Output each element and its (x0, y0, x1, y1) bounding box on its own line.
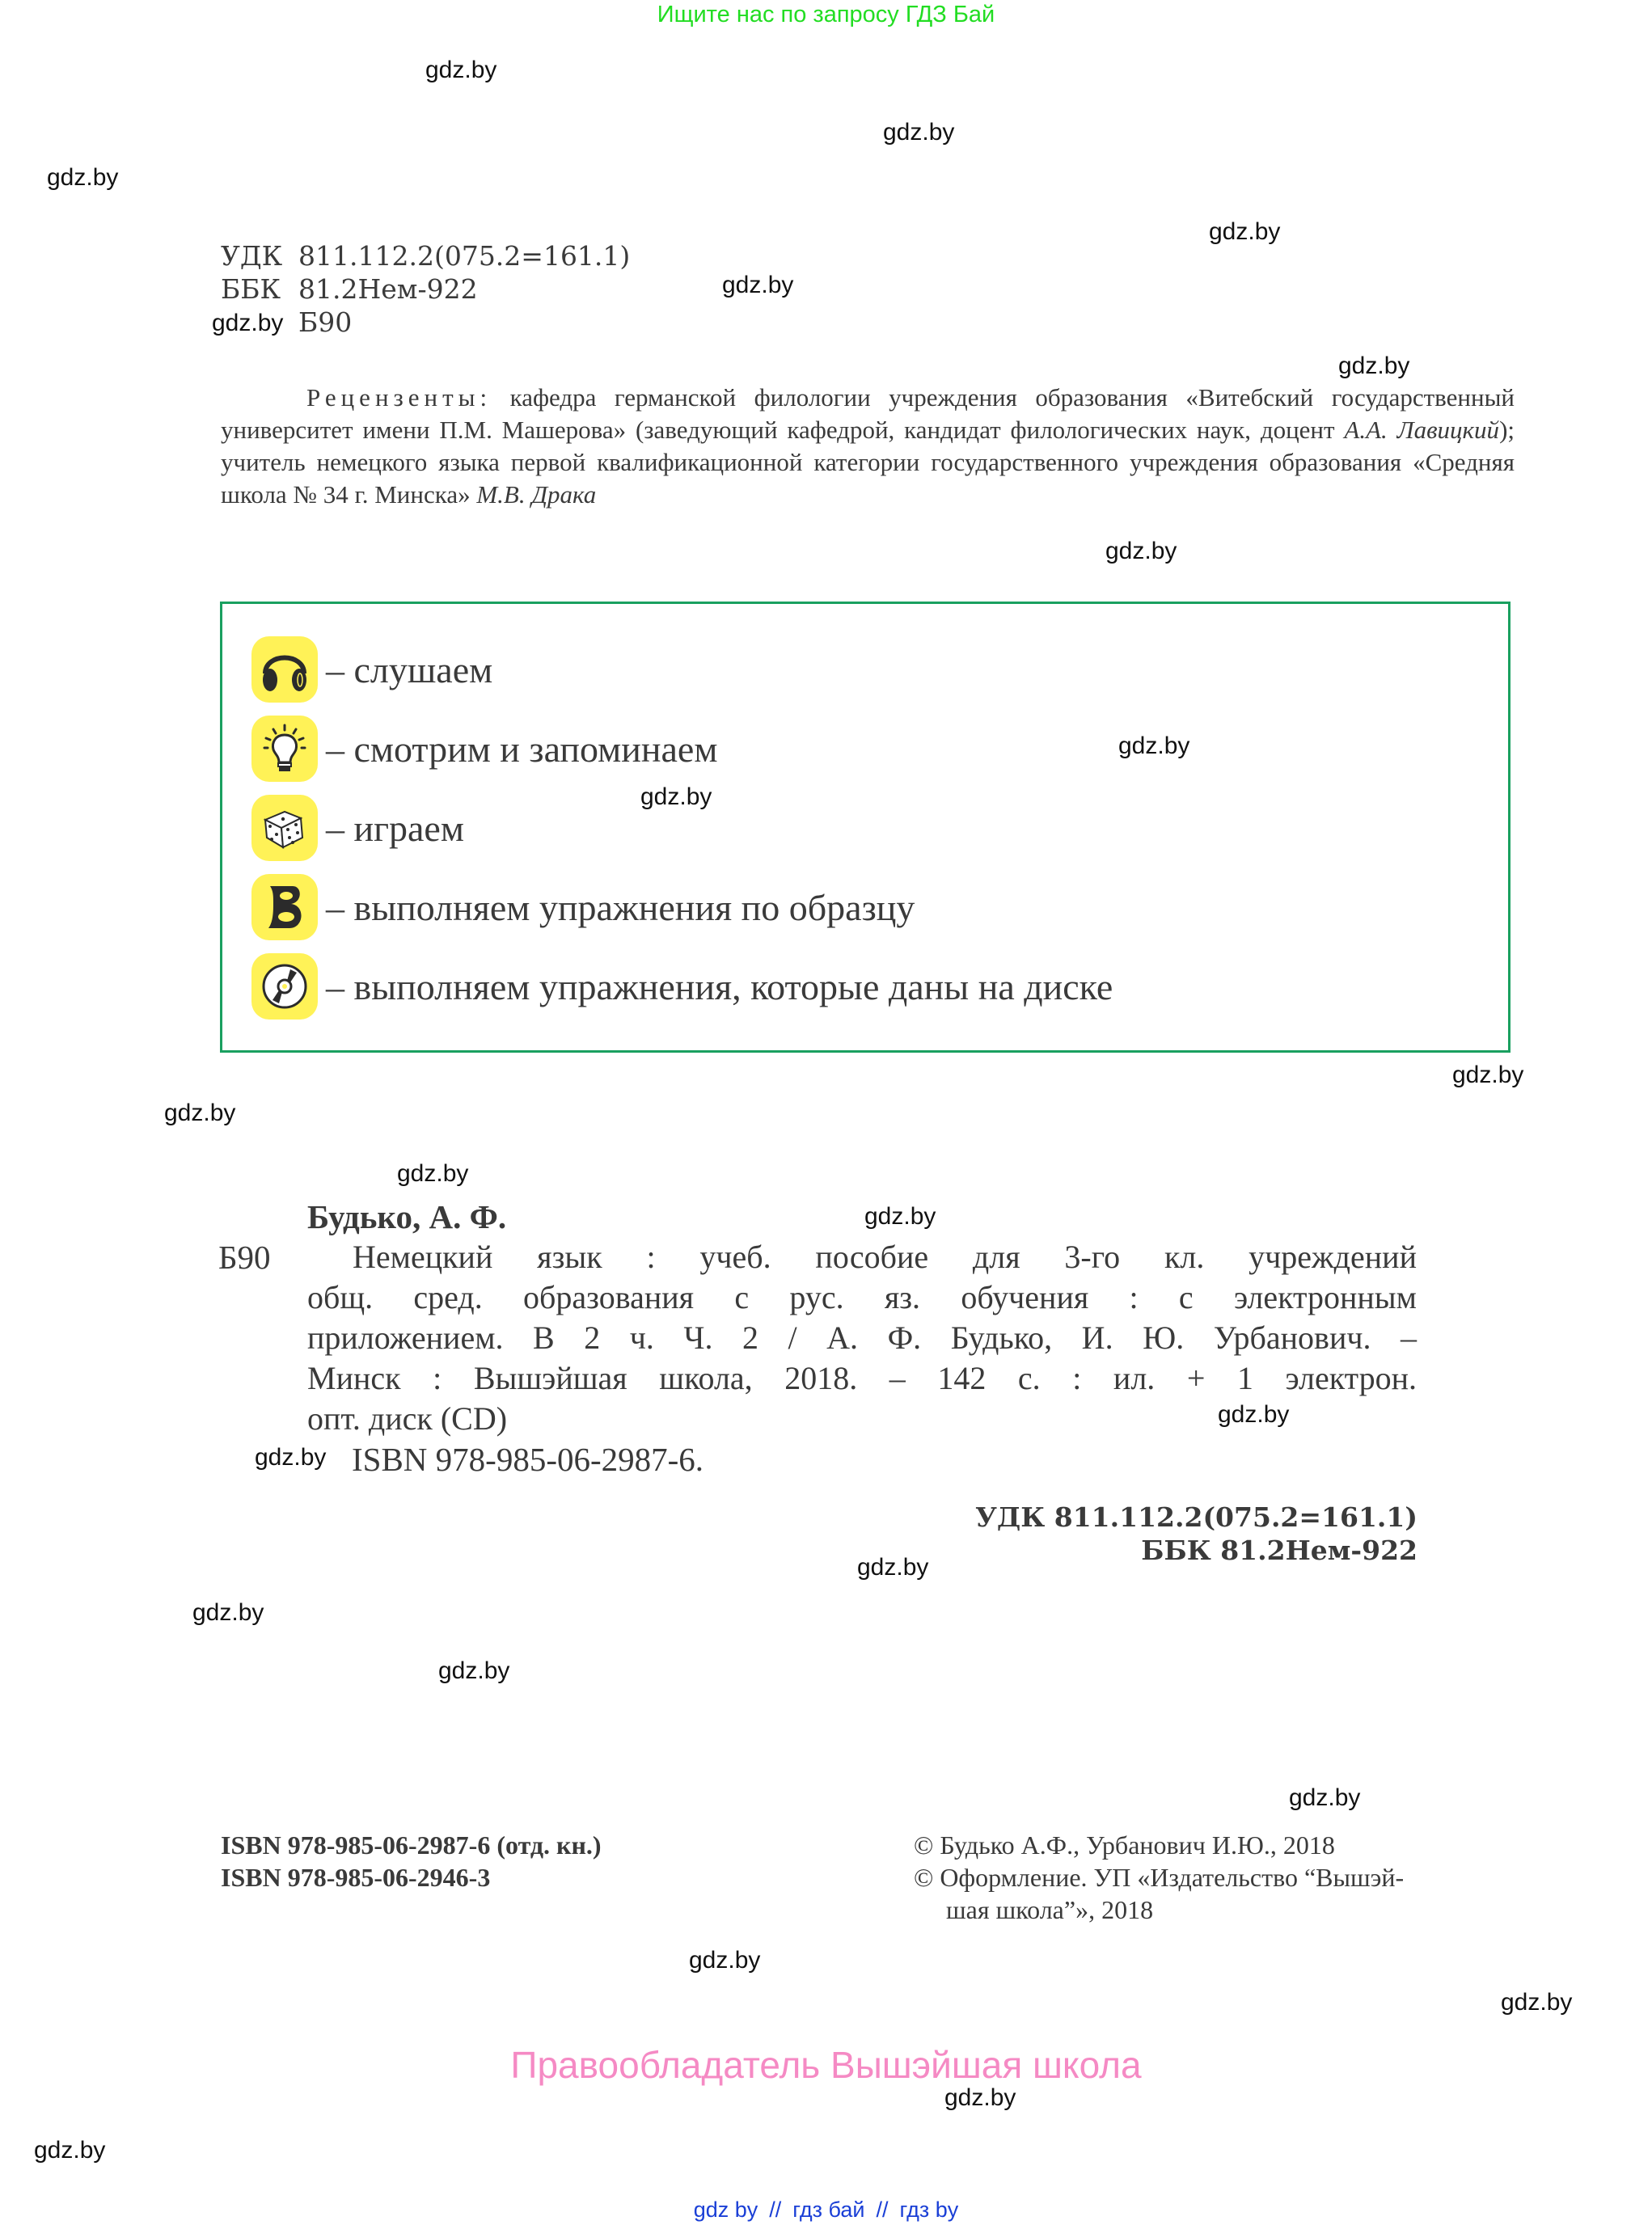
footer-link-gdz-bai[interactable]: гдз бай (792, 2198, 864, 2222)
legend-label: – выполняем упражнения по образцу (326, 886, 915, 929)
bib-line: Немецкий язык : учеб. пособие для 3-го к… (307, 1237, 1417, 1277)
icon-legend-box: – слушаем – смотрим и запоминаем (220, 602, 1510, 1053)
legend-label: – слушаем (326, 648, 492, 691)
watermark: gdz.by (47, 166, 118, 190)
copyright-authors: © Будько А.Ф., Урбанович И.Ю., 2018 (914, 1829, 1512, 1861)
copyright-design: © Оформление. УП «Издательство “Вышэй- (914, 1861, 1512, 1894)
rights-holder: Правообладатель Вышэйшая школа (0, 2043, 1652, 2087)
footer-links: gdz by//гдз бай//гдз by (0, 2198, 1652, 2223)
udk-label: УДК (221, 239, 298, 272)
bib-description: Немецкий язык : учеб. пособие для 3-го к… (307, 1237, 1417, 1439)
watermark: gdz.by (883, 120, 954, 145)
classification-codes-top: УДК811.112.2(075.2=161.1) ББК81.2Нем-922… (221, 239, 630, 339)
watermark: gdz.by (857, 1556, 928, 1580)
bib-author-mark: Б90 (218, 1237, 271, 1277)
legend-label: – смотрим и запоминаем (326, 728, 717, 771)
reviewer-name: А.А. Лавицкий (1344, 416, 1499, 444)
lightbulb-icon (251, 716, 318, 782)
watermark: gdz.by (1501, 1991, 1572, 2015)
watermark: gdz.by (192, 1601, 264, 1625)
watermark: gdz.by (689, 1948, 760, 1973)
dice-icon (251, 795, 318, 861)
legend-label: – играем (326, 807, 464, 850)
bbk-code: ББК 81.2Нем-922 (975, 1534, 1418, 1567)
bib-line: Минск : Вышэйшая школа, 2018. – 142 с. :… (307, 1358, 1417, 1399)
legend-item-disc: – выполняем упражнения, которые даны на … (251, 953, 1113, 1020)
footer-link-gdz-by-cyr[interactable]: гдз by (900, 2198, 959, 2222)
watermark: gdz.by (255, 1446, 326, 1470)
reviewers-label: Рецензенты: (306, 383, 492, 412)
bib-line: опт. диск (CD) (307, 1399, 1417, 1439)
bib-author: Будько, А. Ф. (307, 1197, 506, 1237)
isbn-block: ISBN 978-985-06-2987-6 (отд. кн.) ISBN 9… (221, 1829, 602, 1894)
bbk-value: 81.2Нем-922 (298, 272, 478, 306)
udk-value: 811.112.2(075.2=161.1) (298, 239, 630, 272)
legend-item-watch: – смотрим и запоминаем (251, 716, 717, 782)
isbn-set: ISBN 978-985-06-2946-3 (221, 1861, 602, 1894)
disc-icon (251, 953, 318, 1020)
copyright-design-cont: шая школа”», 2018 (914, 1894, 1512, 1926)
watermark: gdz.by (425, 58, 496, 82)
watermark: gdz.by (438, 1659, 509, 1683)
search-banner: Ищите нас по запросу ГДЗ Бай (0, 2, 1652, 28)
watermark: gdz.by (1105, 539, 1177, 564)
classification-codes-bottom: УДК 811.112.2(075.2=161.1) ББК 81.2Нем-9… (975, 1501, 1418, 1567)
legend-item-play: – играем (251, 795, 464, 861)
bib-isbn: ISBN 978-985-06-2987-6. (352, 1439, 703, 1480)
headphones-icon (251, 636, 318, 703)
author-mark: Б90 (298, 306, 352, 339)
watermark: gdz.by (722, 273, 793, 298)
legend-label: – выполняем упражнения, которые даны на … (326, 965, 1113, 1008)
link-separator: // (769, 2198, 781, 2222)
watermark: gdz.by (1338, 354, 1409, 378)
udk-code: УДК 811.112.2(075.2=161.1) (975, 1501, 1418, 1534)
bib-line: приложением. В 2 ч. Ч. 2 / А. Ф. Будько,… (307, 1318, 1417, 1358)
watermark: gdz.by (944, 2086, 1016, 2110)
copyright-block: © Будько А.Ф., Урбанович И.Ю., 2018 © Оф… (914, 1829, 1512, 1926)
bib-line: общ. сред. образования с рус. яз. обучен… (307, 1277, 1417, 1318)
legend-item-listen: – слушаем (251, 636, 492, 703)
legend-item-sample: – выполняем упражнения по образцу (251, 874, 915, 940)
reviewers-paragraph: Рецензенты: кафедра германской филологии… (221, 382, 1515, 511)
footer-link-gdz-by[interactable]: gdz by (694, 2198, 758, 2222)
watermark: gdz.by (864, 1205, 936, 1229)
watermark: gdz.by (164, 1101, 235, 1125)
watermark: gdz.by (1209, 220, 1280, 244)
watermark: gdz.by (34, 2138, 105, 2163)
watermark: gdz.by (1289, 1786, 1360, 1810)
reviewer-name: М.В. Драка (476, 480, 596, 509)
watermark: gdz.by (1452, 1063, 1523, 1087)
letter-b-icon (251, 874, 318, 940)
isbn-volume: ISBN 978-985-06-2987-6 (отд. кн.) (221, 1829, 602, 1861)
watermark: gdz.by (397, 1162, 468, 1186)
bbk-label: ББК (221, 272, 298, 306)
link-separator: // (876, 2198, 888, 2222)
